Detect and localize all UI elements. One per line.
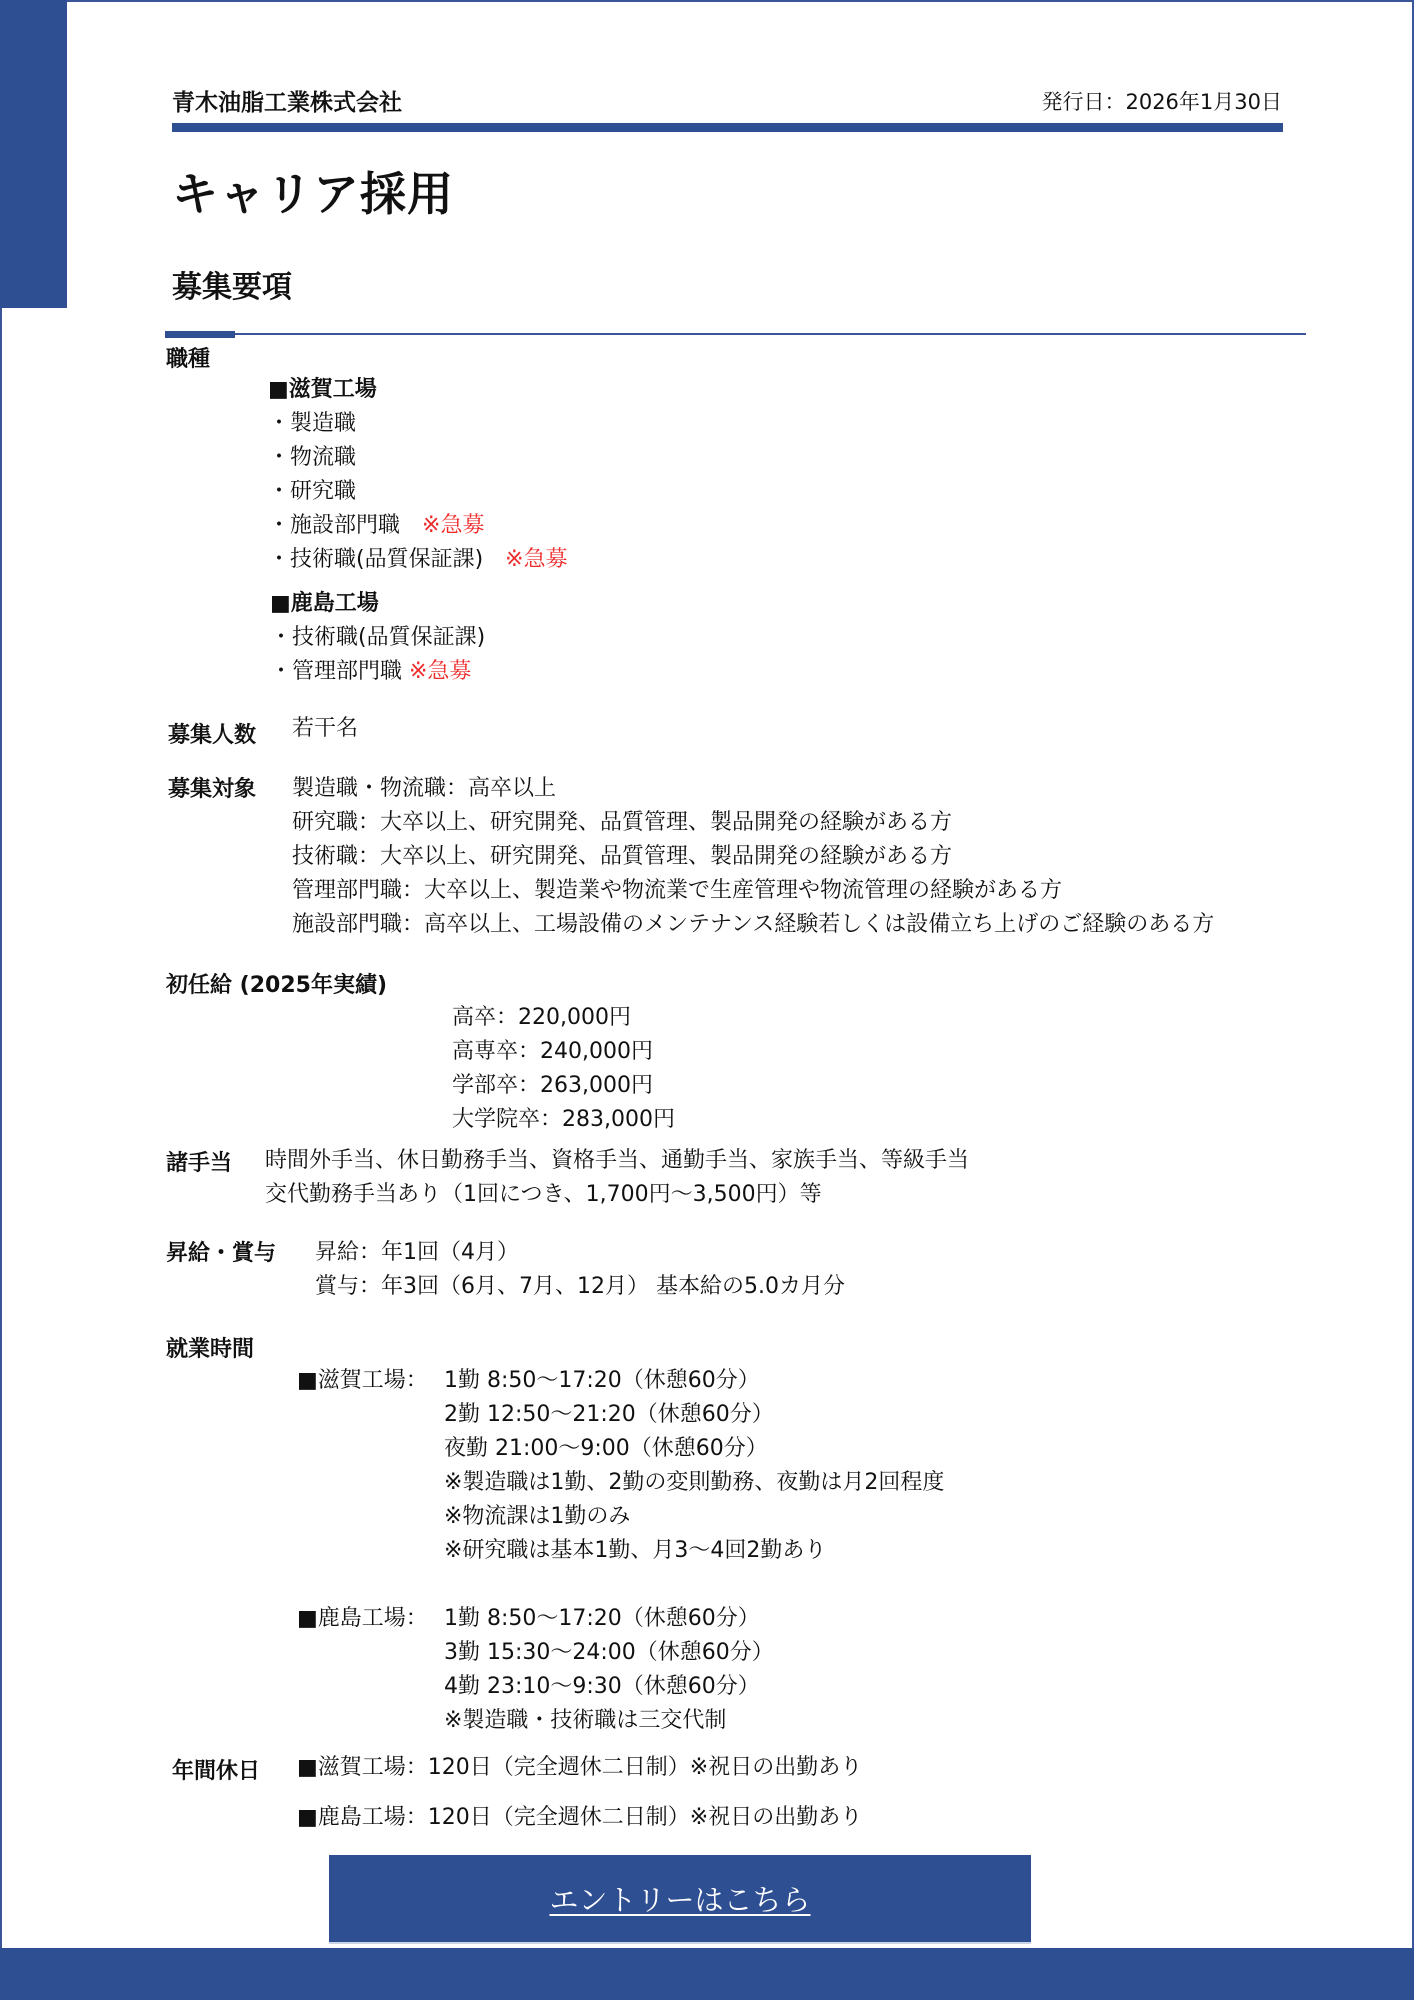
shift-line: 夜勤 21:00～9:00（休憩60分） xyxy=(444,1432,944,1466)
plant-heading: ■滋賀工場 xyxy=(268,373,568,407)
shift-line: 1勤 8:50～17:20（休憩60分） xyxy=(444,1364,944,1398)
section-divider xyxy=(235,333,1306,335)
header-divider xyxy=(172,123,1283,132)
raise-bonus-line: 賞与：年3回（6月、7月、12月） 基本給の5.0カ月分 xyxy=(315,1270,845,1304)
target-line: 製造職・物流職：高卒以上 xyxy=(292,772,1214,806)
issue-date: 発行日：2026年1月30日 xyxy=(1041,86,1282,116)
target-line: 研究職：大卒以上、研究開発、品質管理、製品開発の経験がある方 xyxy=(292,806,1214,840)
target-line: 施設部門職：高卒以上、工場設備のメンテナンス経験若しくは設備立ち上げのご経験のあ… xyxy=(292,908,1214,942)
allowances-list: 時間外手当、休日勤務手当、資格手当、通勤手当、家族手当、等級手当 交代勤務手当あ… xyxy=(265,1144,969,1212)
target-list: 製造職・物流職：高卒以上 研究職：大卒以上、研究開発、品質管理、製品開発の経験が… xyxy=(292,772,1214,942)
allowance-line: 時間外手当、休日勤務手当、資格手当、通勤手当、家族手当、等級手当 xyxy=(265,1144,969,1178)
left-accent-block xyxy=(0,0,67,308)
salary-line: 学部卒：263,000円 xyxy=(452,1069,675,1103)
target-line: 管理部門職：大卒以上、製造業や物流業で生産管理や物流管理の経験がある方 xyxy=(292,874,1214,908)
allowance-line: 交代勤務手当あり（1回につき、1,700円～3,500円）等 xyxy=(265,1178,969,1212)
job-item: ・管理部門職 ※急募 xyxy=(270,655,485,689)
shift-note: ※物流課は1勤のみ xyxy=(444,1500,944,1534)
salary-line: 高専卒：240,000円 xyxy=(452,1035,675,1069)
shift-note: ※製造職・技術職は三交代制 xyxy=(444,1704,774,1738)
page-title: キャリア採用 xyxy=(172,158,454,224)
section-title: 募集要項 xyxy=(172,262,292,306)
target-line: 技術職：大卒以上、研究開発、品質管理、製品開発の経験がある方 xyxy=(292,840,1214,874)
holidays-shiga: ■滋賀工場：120日（完全週休二日制）※祝日の出勤あり xyxy=(297,1751,862,1785)
shift-line: 4勤 23:10～9:30（休憩60分） xyxy=(444,1670,774,1704)
salary-line: 高卒：220,000円 xyxy=(452,1001,675,1035)
working-hours-shiga: 1勤 8:50～17:20（休憩60分） 2勤 12:50～21:20（休憩60… xyxy=(444,1364,944,1568)
company-name: 青木油脂工業株式会社 xyxy=(172,84,402,117)
target-label: 募集対象 xyxy=(168,772,256,803)
shift-note: ※製造職は1勤、2勤の変則勤務、夜勤は月2回程度 xyxy=(444,1466,944,1500)
raise-bonus-label: 昇給・賞与 xyxy=(166,1236,276,1267)
holidays-label: 年間休日 xyxy=(172,1754,260,1785)
headcount-value: 若干名 xyxy=(292,712,358,746)
urgent-badge: ※急募 xyxy=(422,513,484,538)
shift-line: 1勤 8:50～17:20（休憩60分） xyxy=(444,1602,774,1636)
entry-button[interactable]: エントリーはこちら xyxy=(329,1855,1031,1944)
job-item: ・研究職 xyxy=(268,475,568,509)
working-hours-label: 就業時間 xyxy=(166,1332,254,1363)
footer-band xyxy=(0,1948,1414,2000)
working-hours-shiga-name: ■滋賀工場： xyxy=(297,1364,428,1398)
job-types-kashima: ■鹿島工場 ・技術職(品質保証課) ・管理部門職 ※急募 xyxy=(270,587,485,689)
raise-bonus-line: 昇給：年1回（4月） xyxy=(315,1236,845,1270)
shift-line: 3勤 15:30～24:00（休憩60分） xyxy=(444,1636,774,1670)
shift-line: 2勤 12:50～21:20（休憩60分） xyxy=(444,1398,944,1432)
raise-bonus-list: 昇給：年1回（4月） 賞与：年3回（6月、7月、12月） 基本給の5.0カ月分 xyxy=(315,1236,845,1304)
working-hours-kashima: 1勤 8:50～17:20（休憩60分） 3勤 15:30～24:00（休憩60… xyxy=(444,1602,774,1738)
urgent-badge: ※急募 xyxy=(409,659,471,684)
shift-note: ※研究職は基本1勤、月3～4回2勤あり xyxy=(444,1534,944,1568)
salary-label: 初任給 (2025年実績) xyxy=(166,968,387,999)
section-divider-accent xyxy=(165,331,235,338)
working-hours-kashima-name: ■鹿島工場： xyxy=(297,1602,428,1636)
holidays-kashima: ■鹿島工場：120日（完全週休二日制）※祝日の出勤あり xyxy=(297,1801,862,1835)
allowances-label: 諸手当 xyxy=(166,1146,232,1177)
job-item: ・物流職 xyxy=(268,441,568,475)
job-item: ・技術職(品質保証課) ※急募 xyxy=(268,543,568,577)
headcount-label: 募集人数 xyxy=(168,718,256,749)
salary-list: 高卒：220,000円 高専卒：240,000円 学部卒：263,000円 大学… xyxy=(452,1001,675,1137)
job-item: ・製造職 xyxy=(268,407,568,441)
job-item: ・技術職(品質保証課) xyxy=(270,621,485,655)
job-item: ・施設部門職 ※急募 xyxy=(268,509,568,543)
job-types-label: 職種 xyxy=(166,342,210,373)
salary-line: 大学院卒：283,000円 xyxy=(452,1103,675,1137)
urgent-badge: ※急募 xyxy=(505,547,567,572)
plant-heading: ■鹿島工場 xyxy=(270,587,485,621)
job-types-shiga: ■滋賀工場 ・製造職 ・物流職 ・研究職 ・施設部門職 ※急募 ・技術職(品質保… xyxy=(268,373,568,577)
